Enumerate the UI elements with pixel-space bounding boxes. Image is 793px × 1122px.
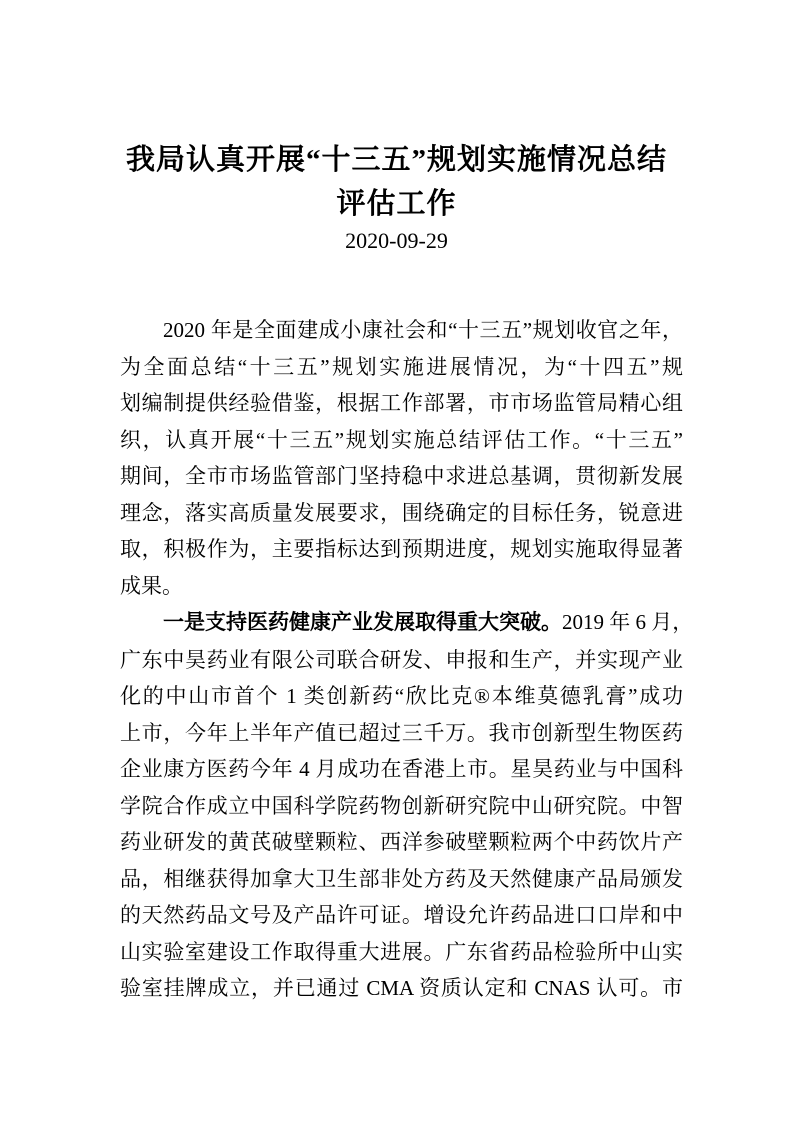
document-title: 我局认真开展“十三五”规划实施情况总结 评估工作 <box>0 138 793 226</box>
body-line: 为全面总结“十三五”规划实施进展情况，为“十四五”规 <box>120 349 683 386</box>
body-line: 取，积极作为，主要指标达到预期进度，规划实施取得显著 <box>120 531 683 568</box>
body-line: 上市，今年上半年产值已超过三千万。我市创新型生物医药 <box>120 715 683 752</box>
body-line: 品，相继获得加拿大卫生部非处方药及天然健康产品局颁发 <box>120 861 683 898</box>
body-line: 山实验室建设工作取得重大进展。广东省药品检验所中山实 <box>120 934 683 971</box>
document-title-line2: 评估工作 <box>0 182 793 226</box>
body-line: 企业康方医药今年 4 月成功在香港上市。星昊药业与中国科 <box>120 751 683 788</box>
document-date: 2020-09-29 <box>0 226 793 256</box>
body-line: 2020 年是全面建成小康社会和“十三五”规划收官之年， <box>120 312 683 349</box>
body-line: 成果。 <box>120 568 683 605</box>
document-title-line1: 我局认真开展“十三五”规划实施情况总结 <box>0 138 793 182</box>
section-lead-bold: 一是支持医药健康产业发展取得重大突破。 <box>163 611 562 634</box>
body-line: 一是支持医药健康产业发展取得重大突破。2019 年 6 月， <box>120 604 683 642</box>
body-line: 广东中昊药业有限公司联合研发、申报和生产，并实现产业 <box>120 642 683 679</box>
body-line: 织，认真开展“十三五”规划实施总结评估工作。“十三五” <box>120 422 683 459</box>
body-line: 理念，落实高质量发展要求，围绕确定的目标任务，锐意进 <box>120 495 683 532</box>
document-body: 2020 年是全面建成小康社会和“十三五”规划收官之年，为全面总结“十三五”规划… <box>120 312 683 1007</box>
body-line: 化的中山市首个 1 类创新药“欣比克®本维莫德乳膏”成功 <box>120 678 683 715</box>
body-line: 期间，全市市场监管部门坚持稳中求进总基调，贯彻新发展 <box>120 458 683 495</box>
body-line: 学院合作成立中国科学院药物创新研究院中山研究院。中智 <box>120 788 683 825</box>
body-line: 药业研发的黄芪破壁颗粒、西洋参破壁颗粒两个中药饮片产 <box>120 824 683 861</box>
body-line: 验室挂牌成立，并已通过 CMA 资质认定和 CNAS 认可。市 <box>120 970 683 1007</box>
document-page: 我局认真开展“十三五”规划实施情况总结 评估工作 2020-09-29 2020… <box>0 0 793 1122</box>
body-line: 划编制提供经验借鉴，根据工作部署，市市场监管局精心组 <box>120 385 683 422</box>
body-line: 的天然药品文号及产品许可证。增设允许药品进口口岸和中 <box>120 897 683 934</box>
